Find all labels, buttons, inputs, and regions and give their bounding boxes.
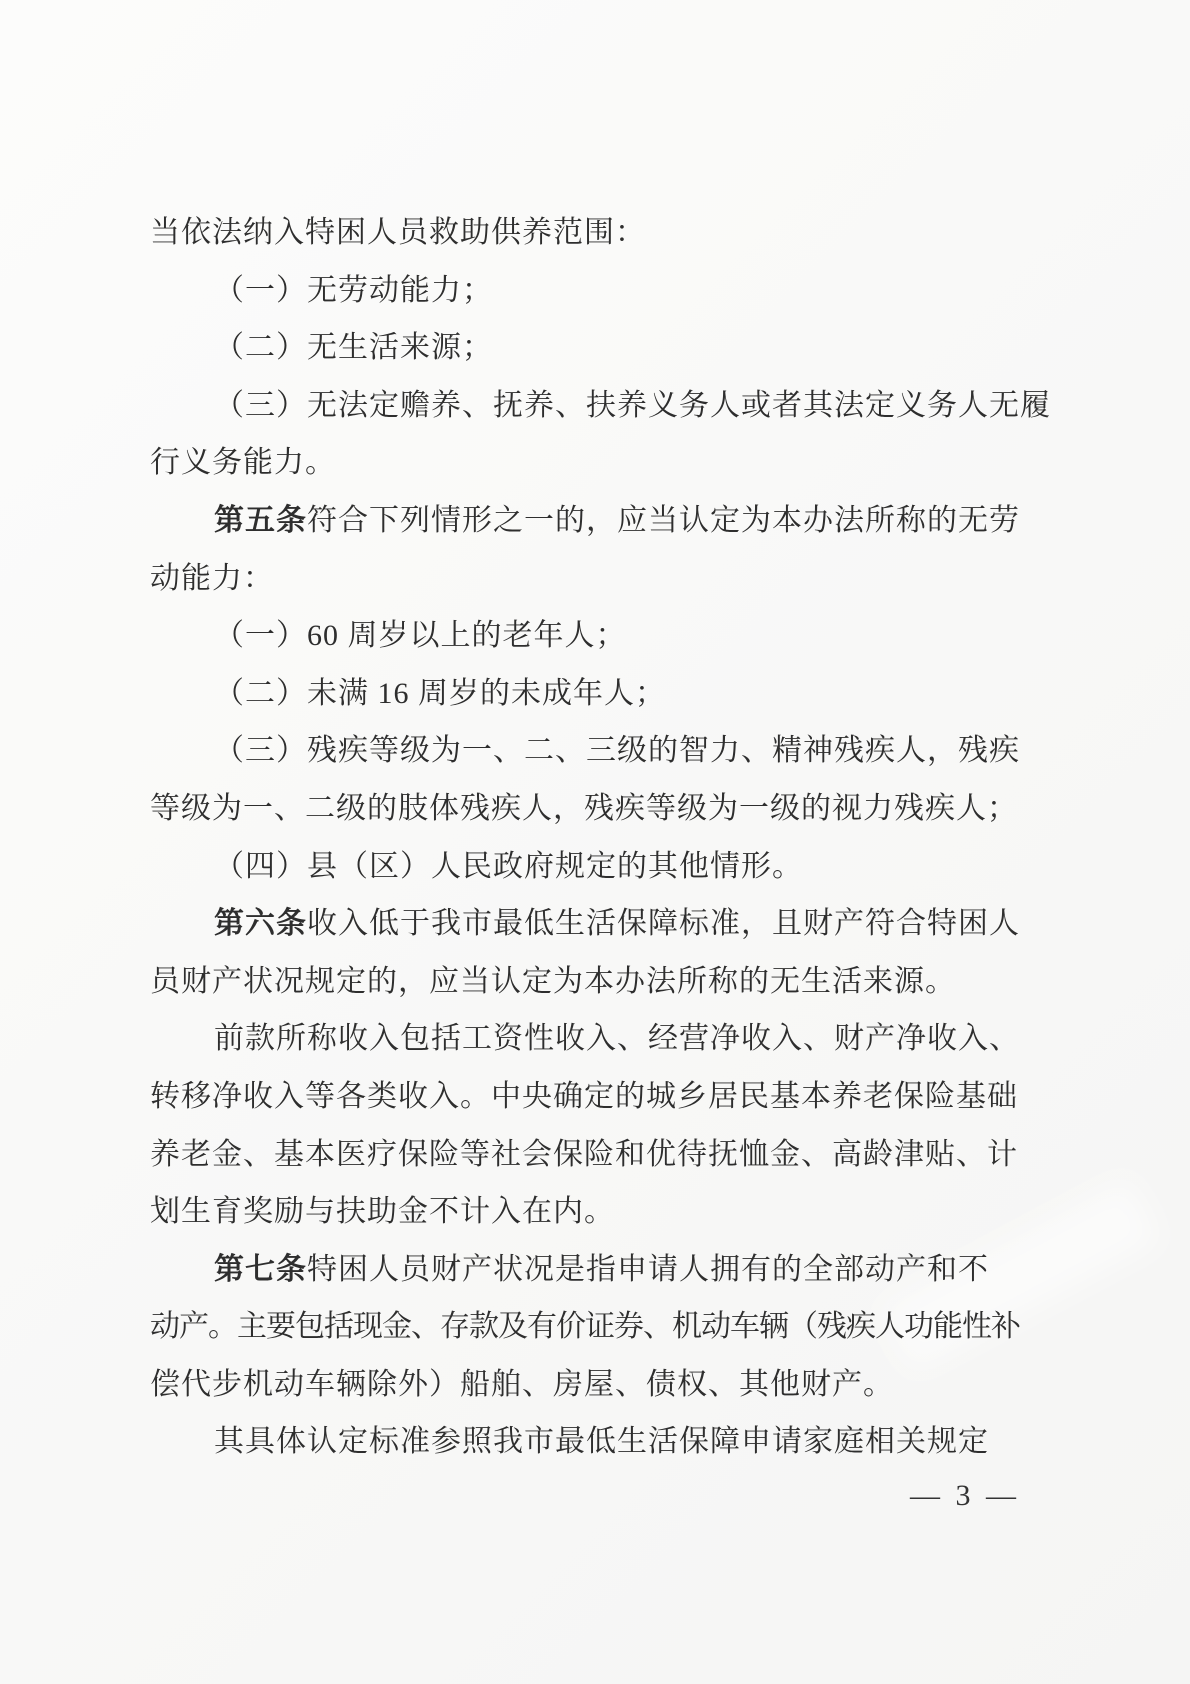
text-line: 行义务能力。: [150, 434, 1040, 492]
text-run: 偿代步机动车辆除外）船舶、房屋、债权、其他财产。: [150, 1368, 894, 1401]
text-run: 当依法纳入特困人员救助供养范围：: [150, 216, 646, 249]
text-run: 员财产状况规定的，应当认定为本办法所称的无生活来源。: [150, 965, 956, 998]
page-number: — 3 —: [910, 1480, 1020, 1512]
text-line: （三）无法定赡养、抚养、扶养义务人或者其法定义务人无履: [150, 377, 1040, 435]
text-run: （三）无法定赡养、抚养、扶养义务人或者其法定义务人无履: [214, 389, 1051, 422]
text-line: （一）60 周岁以上的老年人；: [150, 607, 1040, 665]
text-run: 其具体认定标准参照我市最低生活保障申请家庭相关规定: [214, 1425, 989, 1458]
article-heading: 第七条: [214, 1253, 307, 1286]
text-line: 第七条特困人员财产状况是指申请人拥有的全部动产和不: [150, 1241, 1040, 1299]
text-run: 转移净收入等各类收入。中央确定的城乡居民基本养老保险基础: [150, 1080, 1018, 1113]
text-line: 其具体认定标准参照我市最低生活保障申请家庭相关规定: [150, 1413, 1040, 1471]
article-heading: 第五条: [214, 504, 307, 537]
text-line: 前款所称收入包括工资性收入、经营净收入、财产净收入、: [150, 1010, 1040, 1068]
text-run: 动产。主要包括现金、存款及有价证券、机动车辆（残疾人功能性补: [150, 1310, 1020, 1343]
text-line: 转移净收入等各类收入。中央确定的城乡居民基本养老保险基础: [150, 1068, 1040, 1126]
text-run: （一）60 周岁以上的老年人；: [214, 619, 627, 652]
text-line: 等级为一、二级的肢体残疾人，残疾等级为一级的视力残疾人；: [150, 780, 1040, 838]
text-run: 划生育奖励与扶助金不计入在内。: [150, 1195, 615, 1228]
text-line: 当依法纳入特困人员救助供养范围：: [150, 204, 1040, 262]
text-line: 第六条收入低于我市最低生活保障标准，且财产符合特困人: [150, 895, 1040, 953]
text-line: （二）未满 16 周岁的未成年人；: [150, 665, 1040, 723]
text-line: （三）残疾等级为一、二、三级的智力、精神残疾人，残疾: [150, 722, 1040, 780]
text-run: （三）残疾等级为一、二、三级的智力、精神残疾人，残疾: [214, 734, 1020, 767]
document-body: 当依法纳入特困人员救助供养范围：（一）无劳动能力；（二）无生活来源；（三）无法定…: [150, 204, 1040, 1471]
text-run: （二）无生活来源；: [214, 331, 493, 364]
text-run: 行义务能力。: [150, 446, 336, 479]
text-run: 符合下列情形之一的，应当认定为本办法所称的无劳: [307, 504, 1020, 537]
article-heading: 第六条: [214, 907, 307, 940]
text-run: 收入低于我市最低生活保障标准，且财产符合特困人: [307, 907, 1020, 940]
text-line: 养老金、基本医疗保险等社会保险和优待抚恤金、高龄津贴、计: [150, 1126, 1040, 1184]
text-line: （一）无劳动能力；: [150, 262, 1040, 320]
text-line: 动能力：: [150, 550, 1040, 608]
text-line: 动产。主要包括现金、存款及有价证券、机动车辆（残疾人功能性补: [150, 1298, 1040, 1356]
text-line: 第五条符合下列情形之一的，应当认定为本办法所称的无劳: [150, 492, 1040, 550]
text-run: （一）无劳动能力；: [214, 274, 493, 307]
text-run: 特困人员财产状况是指申请人拥有的全部动产和不: [307, 1253, 989, 1286]
text-run: （二）未满 16 周岁的未成年人；: [214, 677, 666, 710]
text-line: 划生育奖励与扶助金不计入在内。: [150, 1183, 1040, 1241]
text-run: 动能力：: [150, 562, 274, 595]
text-run: 等级为一、二级的肢体残疾人，残疾等级为一级的视力残疾人；: [150, 792, 1018, 825]
text-run: 前款所称收入包括工资性收入、经营净收入、财产净收入、: [214, 1022, 1020, 1055]
text-line: 员财产状况规定的，应当认定为本办法所称的无生活来源。: [150, 953, 1040, 1011]
text-line: （四）县（区）人民政府规定的其他情形。: [150, 838, 1040, 896]
text-run: （四）县（区）人民政府规定的其他情形。: [214, 850, 803, 883]
text-line: （二）无生活来源；: [150, 319, 1040, 377]
text-run: 养老金、基本医疗保险等社会保险和优待抚恤金、高龄津贴、计: [150, 1138, 1018, 1171]
text-line: 偿代步机动车辆除外）船舶、房屋、债权、其他财产。: [150, 1356, 1040, 1414]
document-page: 当依法纳入特困人员救助供养范围：（一）无劳动能力；（二）无生活来源；（三）无法定…: [0, 0, 1190, 1684]
